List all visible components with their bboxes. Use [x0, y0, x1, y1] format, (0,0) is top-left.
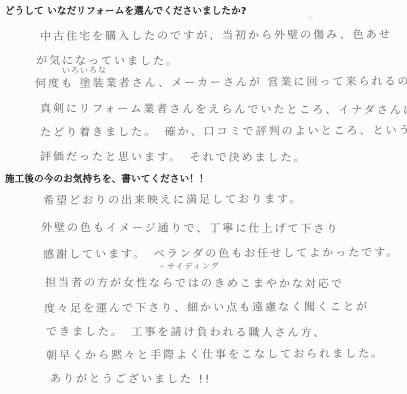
handwritten-line: 何度も 塗装業者さん、メーカーさんが 営業に回って来られるので: [35, 73, 407, 91]
handwritten-line: 評価だったと思います。 それで決めました。: [40, 148, 307, 165]
handwritten-line: 真剣にリフォーム業者さんをえらんでいたところ、イナダさんに: [40, 100, 407, 118]
handwritten-line: たどり着きました。 確か、口コミで評判のよいところ、という: [40, 122, 407, 140]
insertion-note-siding: ＾サイディング: [158, 260, 220, 272]
handwritten-line: が気になっていました。: [36, 52, 179, 69]
question-heading-1: どうして いなだリフォームを選んでくださいましたか?: [5, 3, 247, 17]
handwritten-line: 中古住宅を購入したのですが、当初から外壁の傷み、色あせ: [40, 26, 392, 44]
handwritten-line: 感謝しています。 ベランダの色もお任せしてよかったです。: [43, 244, 399, 262]
handwritten-line: 外壁の色もイメージ通りで、丁寧に仕上げて下さり: [41, 219, 340, 236]
question-heading-2: 施工後の今のお気持ちを、書いてください！！: [5, 171, 209, 185]
handwritten-line: 朝早くから黙々と手際よく仕事をこなしておられました。: [46, 345, 384, 363]
handwritten-line: できました。 工事を請け負われる職人さん方、: [46, 323, 327, 340]
handwritten-line: 希望どおりの出来映えに満足しております。: [43, 190, 302, 208]
handwritten-line: ありがとうございました !!: [50, 370, 211, 387]
handwritten-line: 担当者の方が女性ならではのきめこまやかな対応で: [45, 274, 344, 291]
questionnaire-sheet: どうして いなだリフォームを選んでくださいましたか? 中古住宅を購入したのですが…: [0, 0, 407, 394]
handwritten-line: 度々足を運んで下さり、細かい点も遠慮なく聞くことが: [44, 298, 369, 316]
